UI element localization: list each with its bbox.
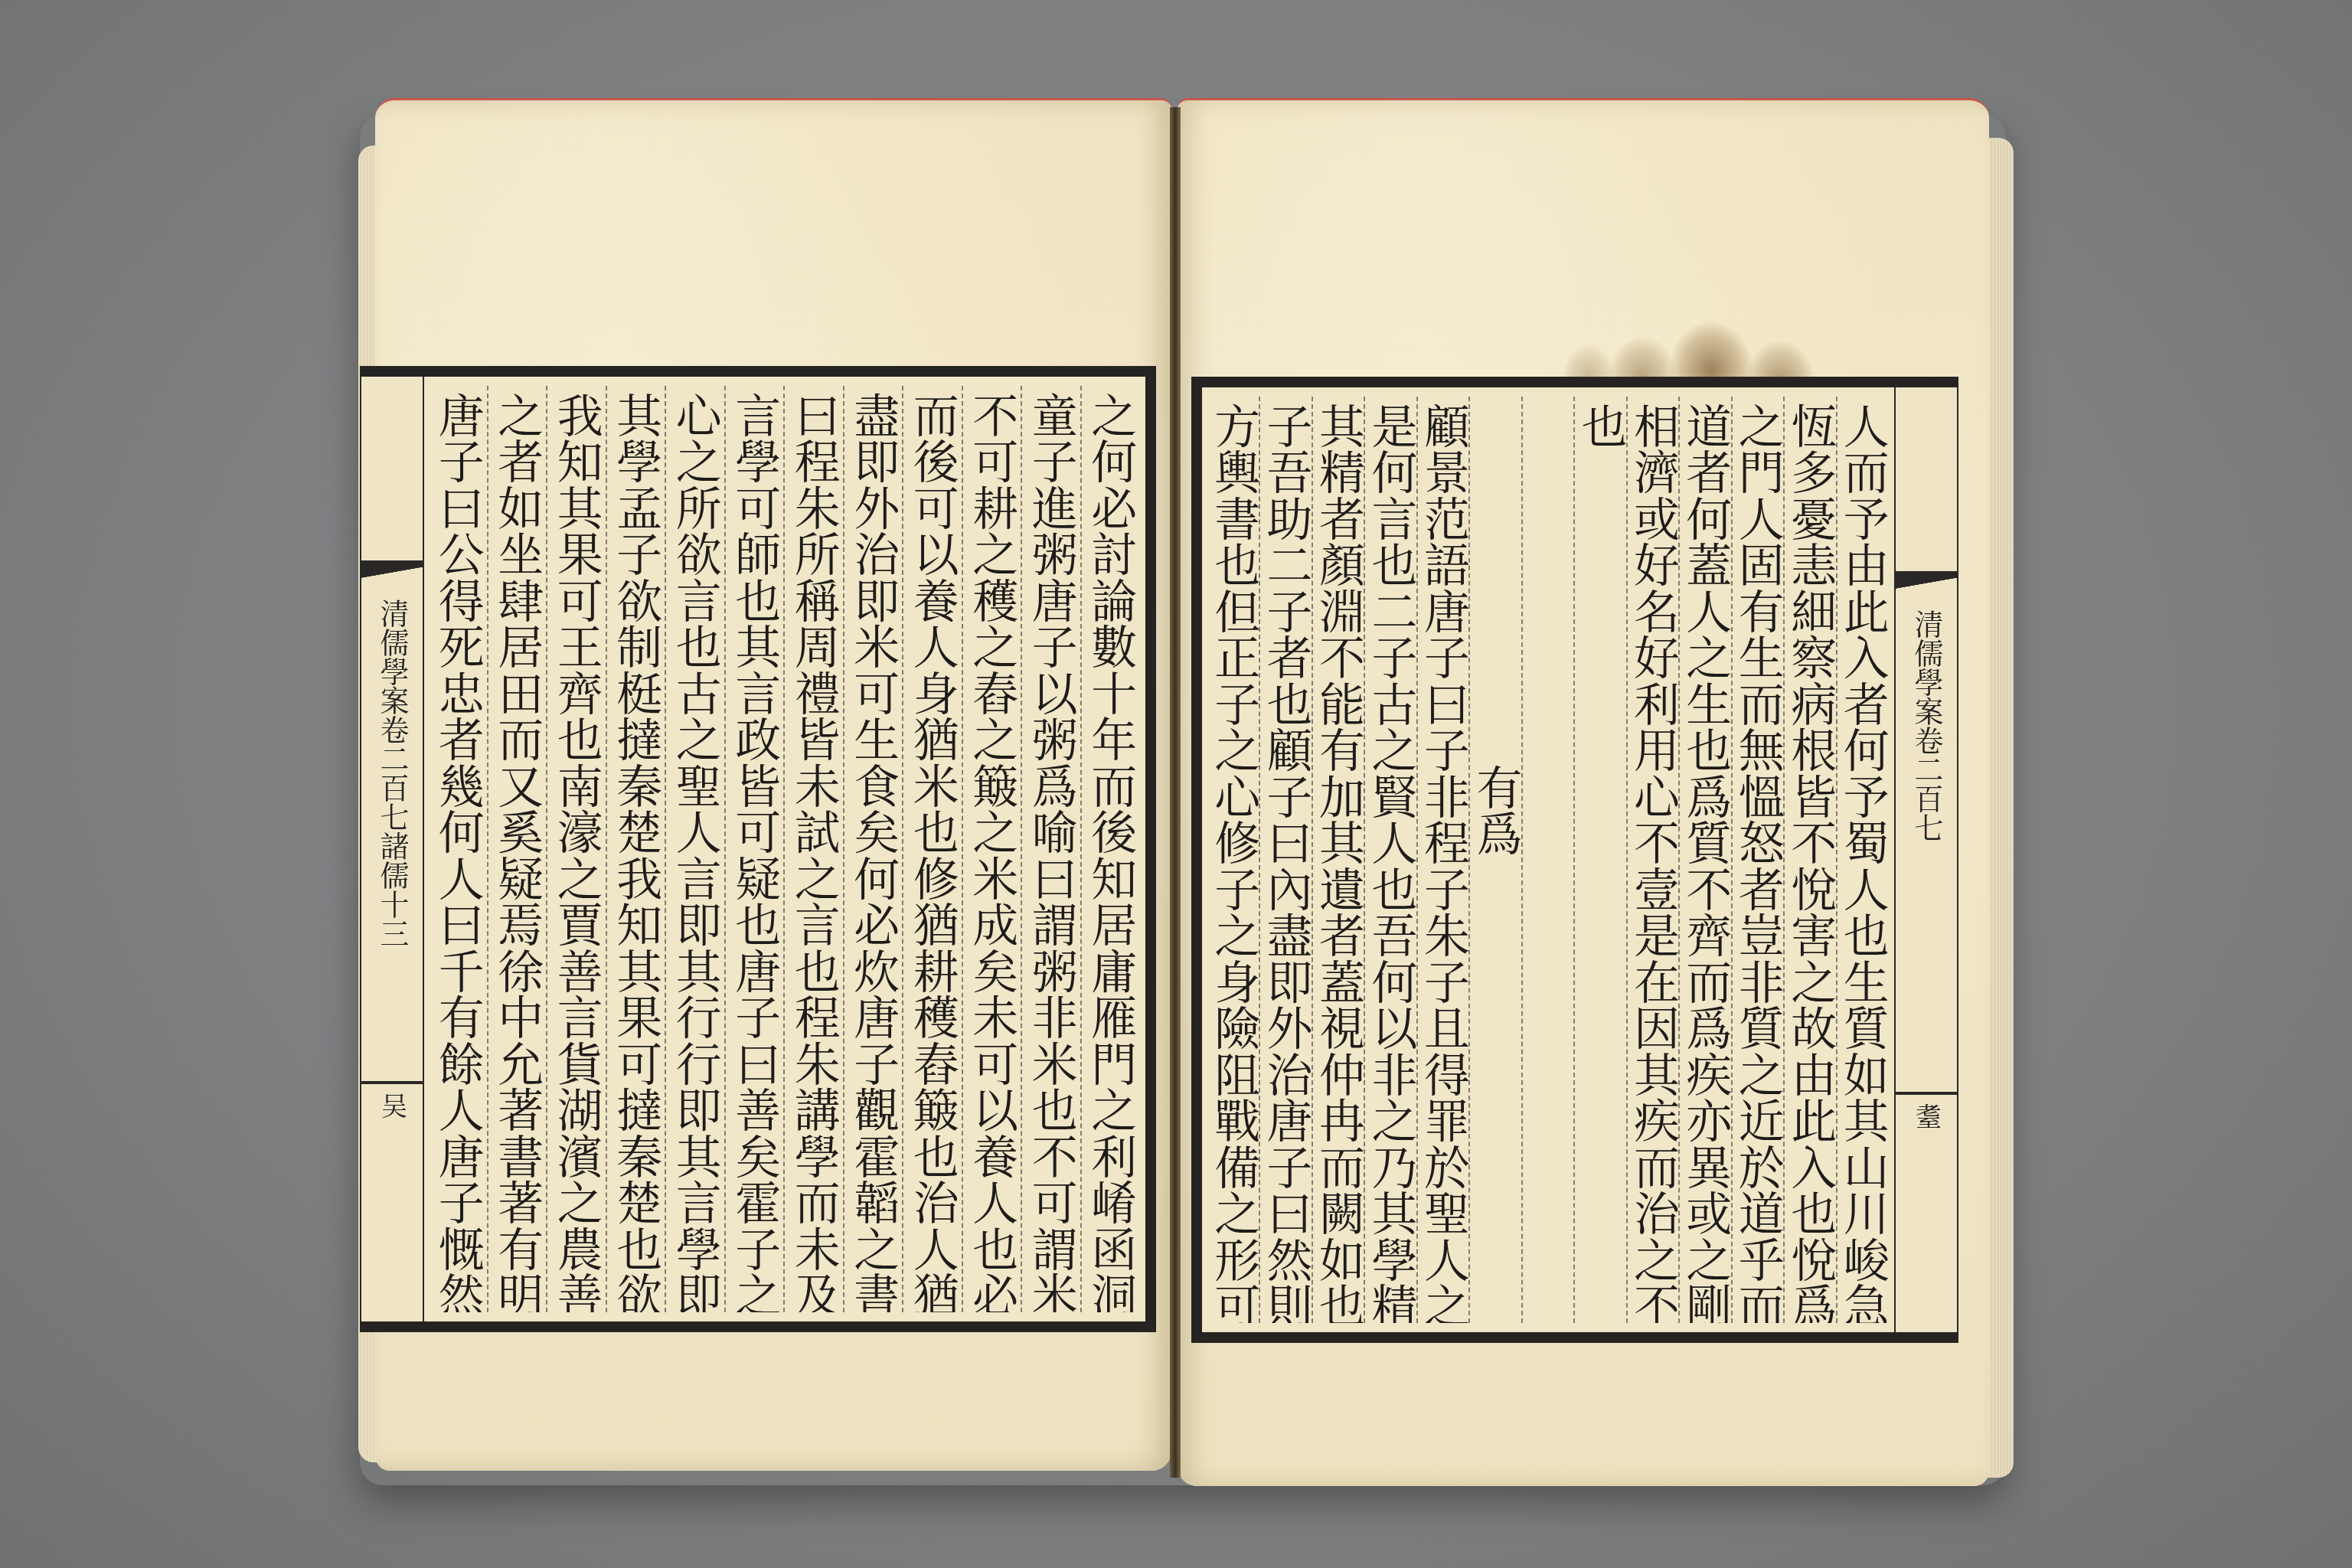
fish-tail-ornament — [1896, 571, 1957, 599]
text-column: 童子進粥唐子以粥爲喻曰謂粥非米也不可謂米即粥也亦 — [1021, 386, 1080, 1312]
left-banxin-title: 清儒學案卷二百七諸儒十三 — [377, 599, 407, 948]
text-column: 顧景范語唐子曰子非程子朱子且得罪於聖人之門唐子曰 — [1416, 397, 1468, 1323]
text-column: 道者何蓋人之生也爲質不齊而爲疾亦異或之剛之柔不以 — [1678, 397, 1730, 1323]
text-column: 曰程朱所稱周禮皆未試之言也程朱講學而未及爲政故其 — [783, 386, 843, 1312]
text-column: 心之所欲言也古之聖人言即其行行即其言學即其政政即 — [665, 386, 724, 1312]
section-heading-column: 有爲 — [1468, 397, 1521, 1323]
text-column: 不可耕之穫之舂之簸之米成矣未可以養人也必炊而爲粥 — [962, 386, 1021, 1312]
text-column: 之門人固有生而無慍怒者豈非質之近於道乎而不可以入 — [1731, 397, 1783, 1323]
left-text-columns: 之何必討論數十年而後知居庸雁門之利崤函洞庭之用哉 童子進粥唐子以粥爲喻曰謂粥非米… — [429, 386, 1139, 1312]
right-text-columns: 人而予由此入者何予蜀人也生質如其山川峻急不能容而 恆多憂恚細察病根皆不悅害之故由… — [1208, 397, 1888, 1323]
text-column: 相濟或好名好利用心不壹是在因其疾而治之不可同於我 — [1626, 397, 1678, 1323]
right-banxin: 清儒學案卷二百七 耋 — [1894, 387, 1958, 1332]
left-banxin: 清儒學案卷二百七諸儒十三 吴 — [360, 377, 424, 1321]
text-column — [1521, 397, 1573, 1323]
text-column: 言學可師也其言政皆可疑也唐子曰善矣霍子之言先得我 — [724, 386, 784, 1312]
book-gutter — [1170, 107, 1181, 1478]
text-column: 方輿書也但正子之心修子之身險阻戰備之形可以坐而得 — [1208, 397, 1259, 1323]
right-page-number: 耋 — [1908, 1103, 1945, 1129]
fish-tail-ornament — [361, 560, 423, 588]
right-text-frame: 清儒學案卷二百七 耋 人而予由此入者何予蜀人也生質如其山川峻急不能容而 恆多憂恚… — [1191, 377, 1958, 1343]
text-column: 其精者顏淵不能有加其遺者蓋視仲冉而闕如也吾非非二 — [1312, 397, 1364, 1323]
text-column: 也 — [1573, 397, 1625, 1323]
text-column: 之何必討論數十年而後知居庸雁門之利崤函洞庭之用哉 — [1080, 386, 1140, 1312]
text-column: 而後可以養人身猶米也修猶耕穫舂簸也治人猶炊也如內 — [902, 386, 962, 1312]
right-banxin-title: 清儒學案卷二百七 — [1912, 609, 1941, 842]
text-column: 是何言也二子古之賢人也吾何以非之乃其學精內而遺外 — [1364, 397, 1416, 1323]
text-column: 人而予由此入者何予蜀人也生質如其山川峻急不能容而 — [1836, 397, 1888, 1323]
text-column: 盡即外治即米可生食矣何必炊唐子觀霍韜之書其言有之 — [843, 386, 903, 1312]
text-column: 子吾助二子者也顧子曰內盡即外治唐子曰然則子何爲作 — [1259, 397, 1311, 1323]
banxin-divider — [1896, 1092, 1957, 1095]
banxin-divider — [361, 1081, 423, 1084]
text-column: 恆多憂恚細察病根皆不悅害之故由此入也悅爲我門非衆 — [1783, 397, 1835, 1323]
left-text-frame: 清儒學案卷二百七諸儒十三 吴 之何必討論數十年而後知居庸雁門之利崤函洞庭之用哉 … — [360, 366, 1156, 1332]
text-column: 我知其果可王齊也南濠之賈善言貨湖濱之農善言稼使聽 — [546, 386, 606, 1312]
left-page-number: 吴 — [374, 1093, 411, 1119]
text-column: 其學孟子欲制梃撻秦楚我知其果可撻秦楚也欲反手王齊 — [606, 386, 665, 1312]
text-column: 之者如坐肆居田而又奚疑焉徐中允著書著有明之死忠者 — [487, 386, 547, 1312]
text-column: 唐子曰公得死忠者幾何人曰千有餘人唐子慨然而歎曰吾 — [429, 386, 487, 1312]
